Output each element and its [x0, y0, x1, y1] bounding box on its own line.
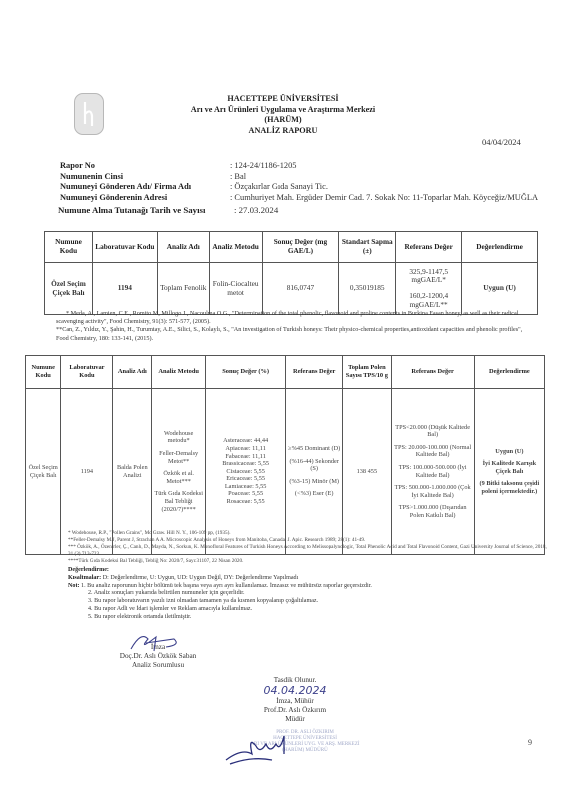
col-header: Analiz Adı	[113, 356, 152, 389]
note-label: Not:	[68, 583, 80, 589]
reference-cell: 325,9-1147,5 mgGAE/L* 160,2-1200,4 mgGAE…	[396, 263, 462, 315]
method-item: Türk Gıda Kodeksi Bal Tebliği (2020/7)**…	[153, 490, 204, 513]
note-item: 5. Bu rapor elektronik ortamda iletilmiş…	[68, 614, 558, 622]
reference-item: ****Türk Gıda Kodeksi Bal Tebliği, Tebli…	[68, 558, 548, 565]
col-header: Numune Kodu	[45, 232, 93, 263]
method-cell: Folin-Ciocalteu metot	[209, 263, 262, 315]
pollen-result: Poaceae: 5,55	[207, 490, 284, 498]
signer-role: Analiz Sorumlusu	[98, 661, 218, 670]
report-header: HACETTEPE ÜNİVERSİTESİ Arı ve Arı Ürünle…	[0, 94, 566, 136]
note-item: 1. Bu analiz raporunun hiçbir bölümü tek…	[81, 583, 372, 589]
evaluation-result: Uygun (U)	[476, 448, 543, 456]
sample-code-cell: Özel Seçim Çiçek Balı	[26, 389, 61, 555]
pollen-result: Brassicaceae: 5,55	[207, 460, 284, 468]
col-header: Analiz Adı	[157, 232, 209, 263]
std-dev-cell: 0,35019185	[339, 263, 396, 315]
pollen-result: Fabaceae: 11,11	[207, 453, 284, 461]
director-signature-icon	[222, 726, 302, 766]
pollen-result: Rosaceae: 5,55	[207, 498, 284, 506]
pollen-ref-item: (<%3) Eser (E)	[287, 490, 341, 498]
col-header: Referans Değer	[391, 356, 474, 389]
pollen-ref-item: (%16-44) Sekonder (S)	[287, 458, 341, 473]
tps-ref-item: TPS>1.000.000 (Dışarıdan Polen Katkılı B…	[393, 504, 473, 519]
table-header-row: Numune Kodu Laboratuvar Kodu Analiz Adı …	[45, 232, 538, 263]
tps-ref-item: TPS: 100.000-500.000 (İyi Kalitede Bal)	[393, 464, 473, 479]
handwritten-date: 04.04.2024	[235, 685, 355, 697]
col-header: Referans Değer	[396, 232, 462, 263]
meta-value: : Özçakırlar Gıda Sanayi Tic.	[230, 182, 550, 193]
meta-label: Rapor No	[60, 161, 230, 172]
lab-code-cell: 1194	[92, 263, 157, 315]
meta-value: : Bal	[230, 172, 550, 183]
meta-row-sender: Numuneyi Gönderen Adı/ Firma Adı : Özçak…	[60, 182, 554, 193]
page-number: 9	[528, 738, 532, 747]
signer-name: Prof.Dr. Aslı Özkırım	[235, 706, 355, 715]
pollen-analysis-table: Numune Kodu Laboratuvar Kodu Analiz Adı …	[25, 355, 545, 555]
references-pollen: * Wodehouse, R.P., "Pollen Grains", Mc G…	[68, 530, 548, 565]
meta-row-address: Numuneyi Gönderenin Adresi : Cumhuriyet …	[60, 193, 554, 204]
signer-name: Doç.Dr. Aslı Özkök Saban	[98, 652, 218, 661]
tps-ref-item: TPS<20.000 (Düşük Kalitede Bal)	[393, 424, 473, 439]
method-item: Feller-Demalsy Metot**	[153, 450, 204, 465]
col-header: Referans Değer	[286, 356, 343, 389]
report-meta: Rapor No : 124-24/1186-1205 Numunenin Ci…	[60, 161, 554, 216]
handwritten-signature-icon	[126, 629, 186, 653]
phenolic-results-table: Numune Kodu Laboratuvar Kodu Analiz Adı …	[44, 231, 538, 315]
pollen-result: Cistaceae: 5,55	[207, 468, 284, 476]
col-header: Numune Kodu	[26, 356, 61, 389]
col-header: Analiz Metodu	[209, 232, 262, 263]
meta-row-report-no: Rapor No : 124-24/1186-1205	[60, 161, 554, 172]
analyst-signature-block: İmza Doç.Dr. Aslı Özkök Saban Analiz Sor…	[98, 643, 218, 670]
pollen-ref-item: ≥%45 Dominant (D)	[287, 445, 341, 453]
meta-value: : Cumhuriyet Mah. Ergüder Demir Cad. 7. …	[230, 193, 550, 204]
meta-value: : 124-24/1186-1205	[230, 161, 550, 172]
reference-value-1: 325,9-1147,5 mgGAE/L*	[397, 268, 460, 285]
meta-label: Numune Alma Tutanağı Tarih ve Sayısı	[58, 205, 234, 216]
evaluation-note: (9 Bitki taksonu çeşidi poleni içermekte…	[476, 480, 543, 495]
meta-label: Numunenin Cinsi	[60, 172, 230, 183]
pollen-ref-item: (%3-15) Minör (M)	[287, 478, 341, 486]
meta-value: : 27.03.2024	[234, 205, 554, 216]
pollen-result: Apiaceae: 11,11	[207, 445, 284, 453]
col-header: Toplam Polen Sayısı TPS/10 g	[343, 356, 391, 389]
evaluation-notes: Değerlendirme: Kısaltmalar: D: Değerlend…	[68, 567, 558, 622]
reference-item: * Wodehouse, R.P., "Pollen Grains", Mc G…	[68, 530, 548, 537]
meta-label: Numuneyi Gönderen Adı/ Firma Adı	[60, 182, 230, 193]
pollen-result: Asteraceae: 44,44	[207, 437, 284, 445]
note-item: 4. Bu rapor Adli ve İdari işlemler ve Re…	[68, 606, 558, 614]
reference-item: * Meda, A., Lamien, C.E., Romito M, Mill…	[56, 310, 534, 326]
analysis-name-cell: Toplam Fenolik	[157, 263, 209, 315]
pollen-result: Lamiaceae: 5,55	[207, 483, 284, 491]
report-title: ANALİZ RAPORU	[0, 126, 566, 137]
signature-label: İmza, Mühür	[235, 697, 355, 706]
col-header: Sonuç Değer (%)	[206, 356, 286, 389]
center-abbreviation: (HARÜM)	[0, 115, 566, 126]
institution-name: HACETTEPE ÜNİVERSİTESİ	[0, 94, 566, 105]
col-header: Standart Sapma (±)	[339, 232, 396, 263]
col-header: Değerlendirme	[462, 232, 538, 263]
center-name: Arı ve Arı Ürünleri Uygulama ve Araştırm…	[0, 105, 566, 116]
pollen-result: Ericaceae: 5,55	[207, 475, 284, 483]
meta-row-sampling-date: Numune Alma Tutanağı Tarih ve Sayısı : 2…	[60, 205, 554, 216]
result-cell: 816,0747	[262, 263, 339, 315]
evaluation-title: Değerlendirme:	[68, 567, 109, 573]
note-item: 3. Bu rapor laboratuvarın yazılı izni ol…	[68, 598, 558, 606]
tps-ref-item: TPS: 500.000-1.000.000 (Çok İyi Kalitede…	[393, 484, 473, 499]
col-header: Değerlendirme	[474, 356, 544, 389]
reference-item: **Can, Z., Yıldız, Y., Şahin, H., Turumt…	[56, 326, 534, 342]
meta-row-sample-type: Numunenin Cinsi : Bal	[60, 172, 554, 183]
signer-role: Müdür	[235, 715, 355, 724]
evaluation-quality: İyi Kalitede Karışık Çiçek Balı	[476, 460, 543, 475]
col-header: Sonuç Değer (mg GAE/L)	[262, 232, 339, 263]
meta-label: Numuneyi Gönderenin Adresi	[60, 193, 230, 204]
method-item: Wodehouse metodu*	[153, 430, 204, 445]
reference-item: **Feller-Demalsy M.J, Parent J, Strachan…	[68, 537, 548, 544]
abbreviations-label: Kısaltmalar:	[68, 575, 101, 581]
tps-ref-item: TPS: 20.000-100.000 (Normal Kalitede Bal…	[393, 444, 473, 459]
references-phenolic: * Meda, A., Lamien, C.E., Romito M, Mill…	[56, 310, 534, 343]
report-date: 04/04/2024	[482, 137, 521, 147]
sample-code-cell: Özel Seçim Çiçek Balı	[45, 263, 93, 315]
col-header: Laboratuvar Kodu	[92, 232, 157, 263]
table-header-row: Numune Kodu Laboratuvar Kodu Analiz Adı …	[26, 356, 545, 389]
table-row: Özel Seçim Çiçek Balı 1194 Toplam Fenoli…	[45, 263, 538, 315]
abbreviations-text: D: Değerlendirme, U: Uygun, UD: Uygun De…	[103, 575, 299, 581]
col-header: Laboratuvar Kodu	[61, 356, 113, 389]
method-item: Özkök et al. Metot***	[153, 470, 204, 485]
evaluation-cell: Uygun (U)	[462, 263, 538, 315]
reference-value-2: 160,2-1200,4 mgGAE/L**	[397, 292, 460, 309]
director-signature-block: Tasdik Olunur. 04.04.2024 İmza, Mühür Pr…	[235, 676, 355, 724]
reference-item: *** Özkök, A., Özenirler, Ç., Canlı, D.,…	[68, 544, 548, 558]
col-header: Analiz Metodu	[152, 356, 206, 389]
